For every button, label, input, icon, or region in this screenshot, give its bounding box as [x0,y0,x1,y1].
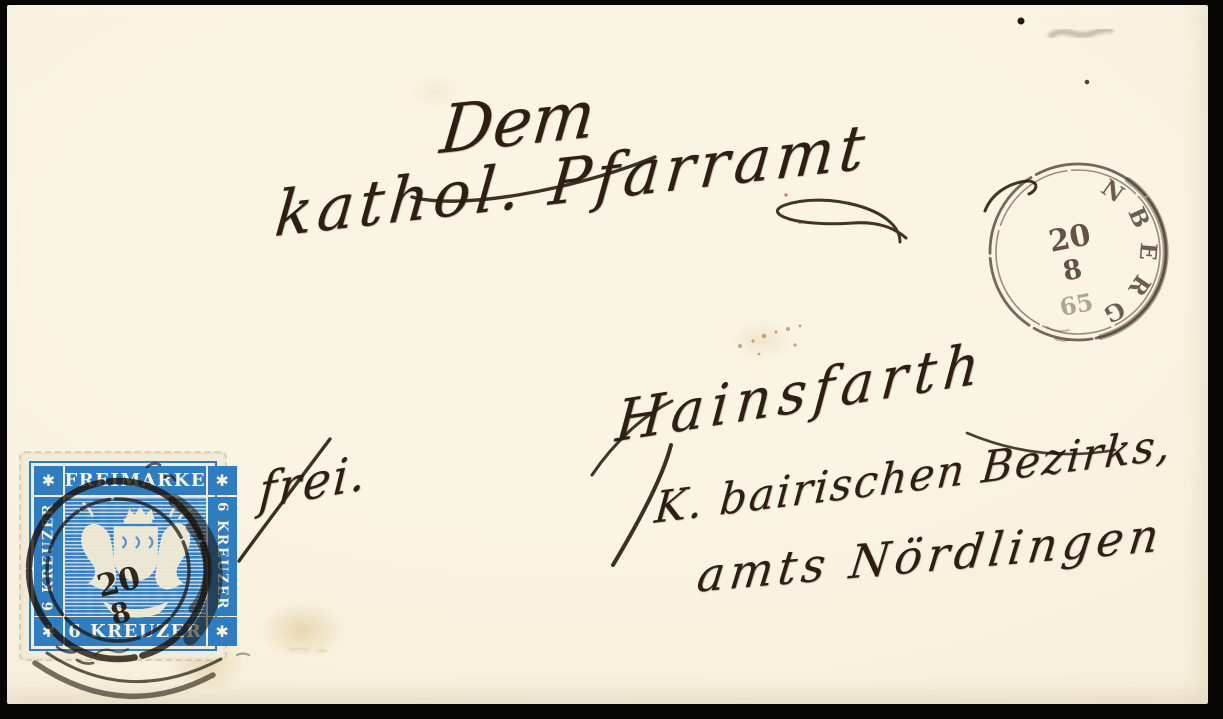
pencil-smudge [1049,30,1113,37]
stamp-frame: ✱ FREIMARKE ✱ 6 KREUZER [29,461,217,651]
stamp-corner-star-icon: ✱ [34,466,63,495]
envelope: Dem kathol. Pfarramt frei. Hainsfarth K.… [7,5,1208,704]
svg-text:NBERG: NBERG [1088,174,1162,333]
cds-town-arc-text: NBERG [1088,174,1162,333]
cds-month: 8 [1060,254,1084,288]
stamp-left-label: 6 KREUZER [34,497,63,616]
franking-note-frei: frei. [257,444,369,521]
stamp-coat-of-arms [65,497,207,616]
stamp-corner-star-icon: ✱ [34,617,63,646]
stamp-top-label: FREIMARKE [65,466,207,495]
cds-postmark: NBERG 20 8 65 [990,164,1166,341]
wuerttemberg-arms-icon [65,497,207,632]
postage-stamp: ✱ FREIMARKE ✱ 6 KREUZER [23,455,223,657]
recipient-town: Hainsfarth [613,330,989,455]
cover-photo: Dem kathol. Pfarramt frei. Hainsfarth K.… [0,0,1223,719]
stamp-corner-star-icon: ✱ [208,466,237,495]
cds-day: 20 [1046,217,1094,259]
stamp-right-label: 6 KREUZER [208,497,237,616]
cds-year: 65 [1057,287,1095,322]
recipient-office-line: amts Nördlingen [694,507,1166,603]
stamp-corner-star-icon: ✱ [208,617,237,646]
